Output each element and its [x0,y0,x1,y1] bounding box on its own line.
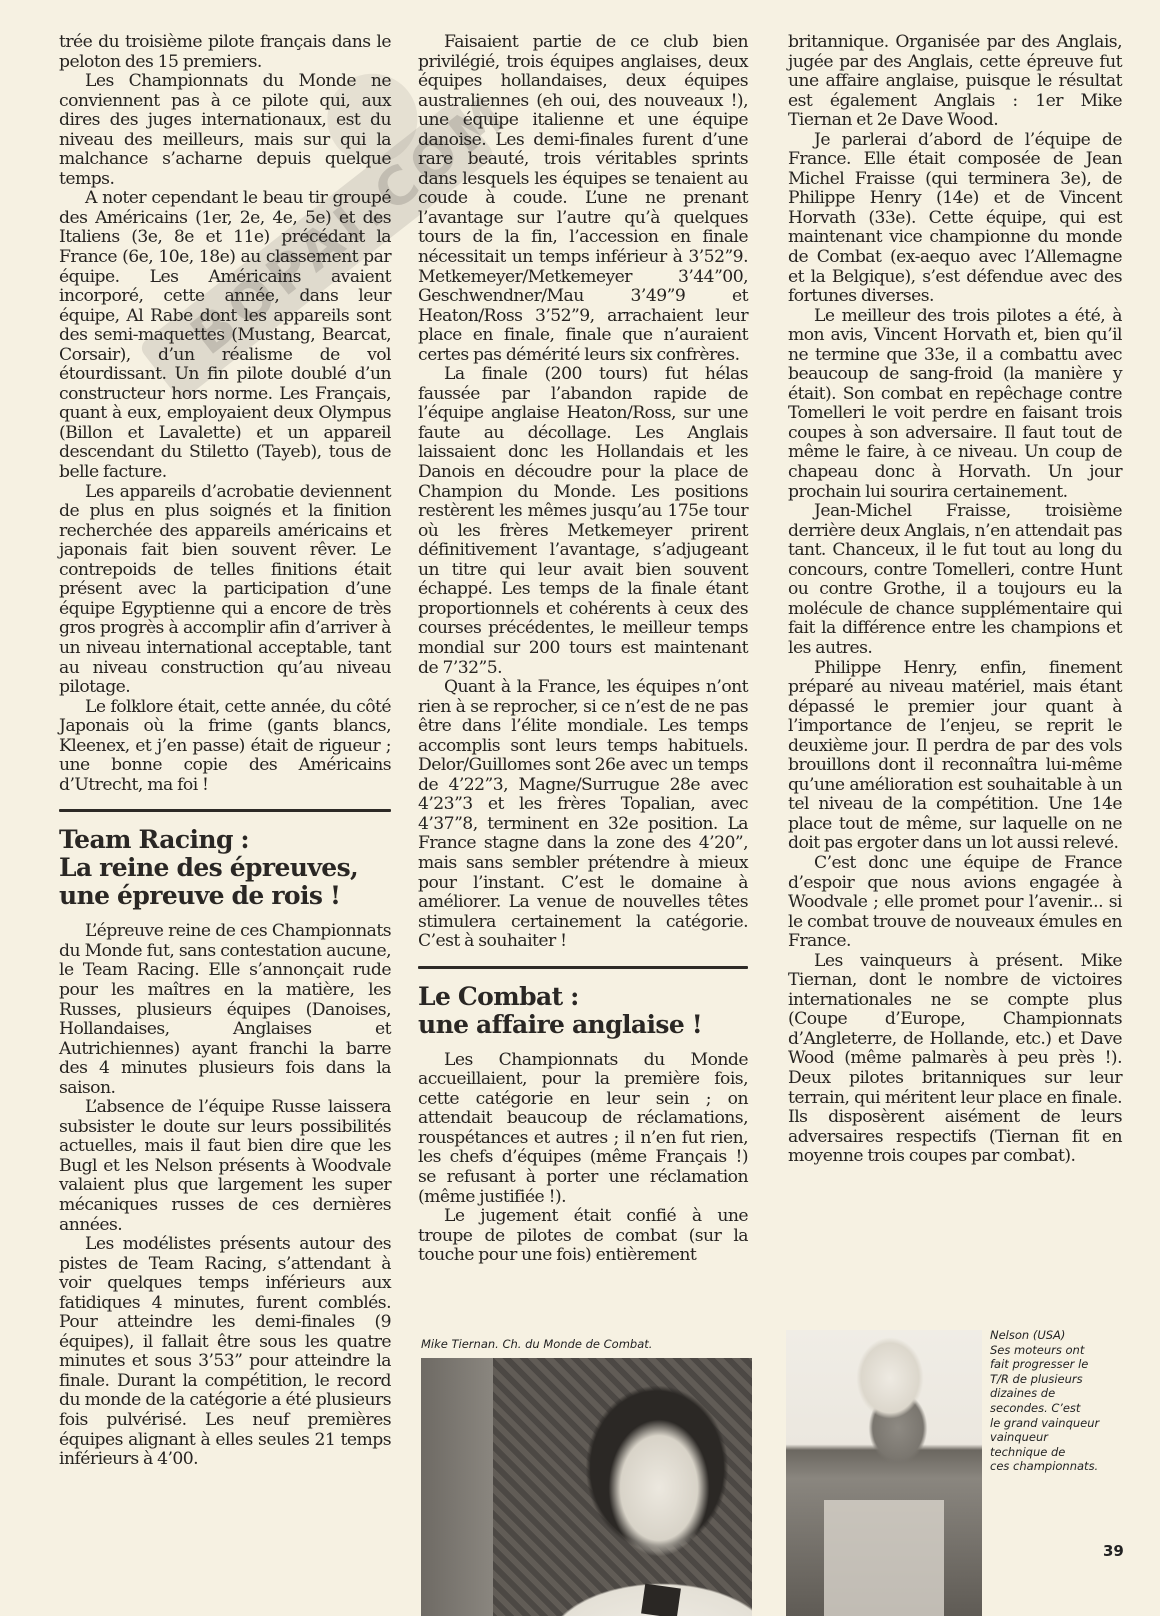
caption-line: le grand vainqueur [990,1416,1120,1431]
paragraph: L’absence de l’équipe Russe laissera sub… [59,1098,391,1235]
page-number: 39 [1103,1542,1124,1560]
caption-line: fait progresser le [990,1357,1120,1372]
paragraph: Les modélistes présents autour des piste… [59,1235,391,1470]
section-title-team-racing: Team Racing : La reine des épreuves, une… [59,826,391,910]
section-divider [418,966,748,969]
section-divider [59,809,391,812]
photo-nelson [786,1330,982,1616]
magazine-page: BOPAI.COM trée du troisième pilote franç… [0,0,1160,1616]
photo-bib-shape [824,1500,944,1616]
paragraph: britannique. Organisée par des Anglais, … [788,33,1122,131]
photo-caption-tiernan: Mike Tiernan. Ch. du Monde de Combat. [421,1337,752,1352]
caption-line: T/R de plusieurs [990,1372,1120,1387]
column-3: britannique. Organisée par des Anglais, … [788,33,1122,1167]
section-title-line: Team Racing : [59,825,249,854]
photo-tie-shape [641,1584,681,1616]
caption-line: Ses moteurs ont [990,1343,1120,1358]
caption-line: dizaines de [990,1386,1120,1401]
section-title-line: une affaire anglaise ! [418,1010,702,1039]
section-title-line: La reine des épreuves, [59,853,358,882]
paragraph: C’est donc une équipe de France d’espoir… [788,854,1122,952]
caption-line: ces championnats. [990,1459,1120,1474]
photo-caption-nelson: Nelson (USA) Ses moteurs ont fait progre… [990,1328,1120,1474]
paragraph: Quant à la France, les équipes n’ont rie… [418,678,748,952]
paragraph: Le meilleur des trois pilotes a été, à m… [788,307,1122,502]
paragraph: Jean-Michel Fraisse, troisième derrière … [788,502,1122,658]
section-title-combat: Le Combat : une affaire anglaise ! [418,983,748,1039]
paragraph: Les appareils d’acrobatie deviennent de … [59,483,391,698]
section-title-line: Le Combat : [418,982,579,1011]
paragraph: Je parlerai d’abord de l’équipe de Franc… [788,131,1122,307]
paragraph: trée du troisième pilote français dans l… [59,33,391,72]
caption-line: secondes. C’est [990,1401,1120,1416]
column-2: Faisaient partie de ce club bien privilé… [418,33,748,1266]
paragraph: Philippe Henry, enfin, finement préparé … [788,659,1122,854]
paragraph: Faisaient partie de ce club bien privilé… [418,33,748,365]
paragraph: Les Championnats du Monde ne conviennent… [59,72,391,189]
paragraph: Le folklore était, cette année, du côté … [59,698,391,796]
paragraph: La finale (200 tours) fut hélas faussée … [418,365,748,678]
section-title-line: une épreuve de rois ! [59,881,340,910]
column-1: trée du troisième pilote français dans l… [59,33,391,1470]
caption-line: technique de [990,1445,1120,1460]
paragraph: Les Championnats du Monde accueillaient,… [418,1051,748,1207]
photo-background-wall [421,1358,493,1616]
paragraph: L’épreuve reine de ces Championnats du M… [59,922,391,1098]
paragraph: A noter cependant le beau tir groupé des… [59,189,391,482]
paragraph: Le jugement était confié à une troupe de… [418,1207,748,1266]
caption-line: Nelson (USA) [990,1328,1120,1343]
photo-mike-tiernan [421,1358,752,1616]
paragraph: Les vainqueurs à présent. Mike Tiernan, … [788,952,1122,1167]
caption-line: vainqueur [990,1430,1120,1445]
